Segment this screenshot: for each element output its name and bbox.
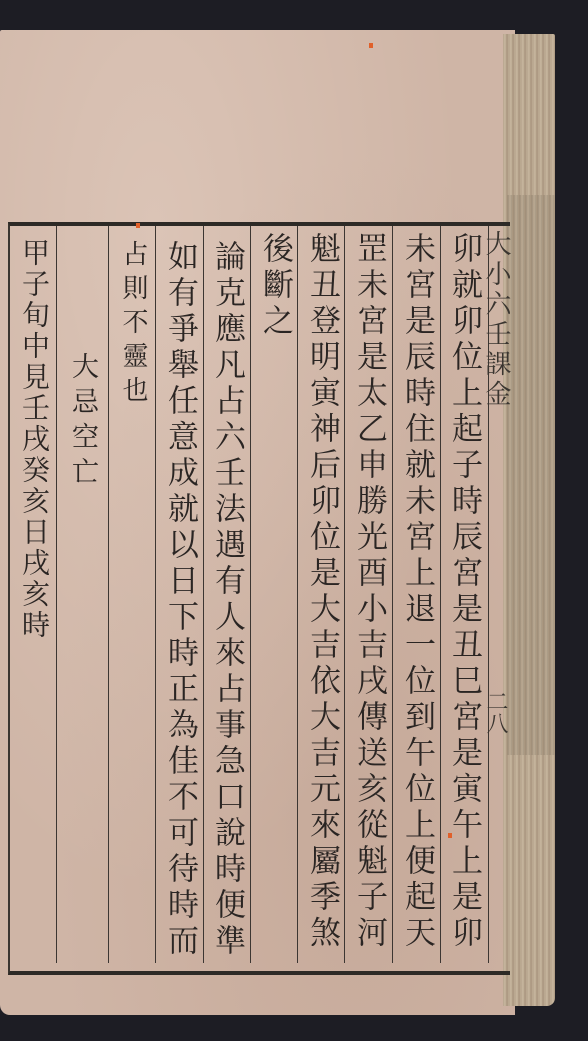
text-column-10: 甲子旬中見壬戌癸亥日戌亥時 bbox=[12, 238, 56, 641]
text-column-6: 論克應凡占六壬法遇有人來占事急口說時便準 bbox=[205, 240, 249, 960]
text-column-5: 後斷之 bbox=[253, 232, 297, 340]
text-column-8: 占則不靈也 bbox=[111, 240, 155, 410]
column-divider bbox=[440, 226, 441, 963]
column-divider bbox=[344, 226, 345, 963]
text-column-2: 未宮是辰時住就未宮上退一位到午位上便起天 bbox=[395, 232, 439, 952]
text-column-4: 魁丑登明寅神后卯位是大吉依大吉元來屬季煞 bbox=[300, 232, 344, 952]
column-divider bbox=[108, 226, 109, 963]
column-divider bbox=[56, 226, 57, 963]
column-divider bbox=[392, 226, 393, 963]
column-divider bbox=[203, 226, 204, 963]
column-divider bbox=[155, 226, 156, 963]
red-ink-mark bbox=[136, 223, 140, 228]
red-ink-mark bbox=[448, 833, 452, 838]
text-column-1: 卯就卯位上起子時辰宮是丑巳宮是寅午上是卯 bbox=[442, 232, 486, 952]
text-column-9: 大忌空亡 bbox=[60, 352, 104, 492]
red-ink-mark bbox=[369, 43, 373, 48]
text-column-7: 如有爭舉任意成就以日下時正為佳不可待時而 bbox=[158, 240, 202, 960]
text-column-3: 罡未宮是太乙申勝光酉小吉戌傳送亥從魁子河 bbox=[347, 232, 391, 952]
column-divider bbox=[297, 226, 298, 963]
column-divider bbox=[250, 226, 251, 963]
